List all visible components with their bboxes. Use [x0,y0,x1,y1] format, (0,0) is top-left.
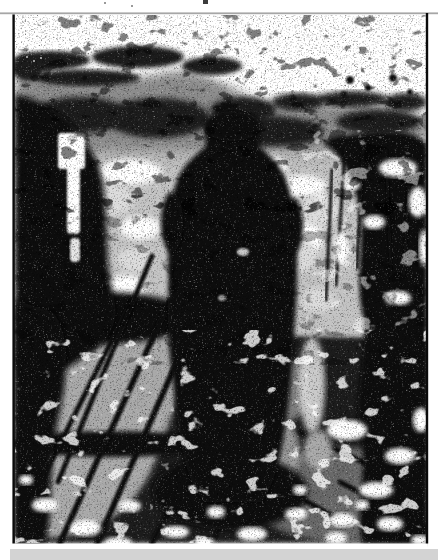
right-border-rule [426,13,428,544]
left-border-rule [12,15,14,544]
film-grain-overlay [15,15,427,543]
top-rule [0,12,438,14]
scanned-page: Halftone photograph plate [0,0,438,560]
bottom-strip [10,549,438,560]
halftone-photo: Halftone photograph plate [0,0,438,560]
